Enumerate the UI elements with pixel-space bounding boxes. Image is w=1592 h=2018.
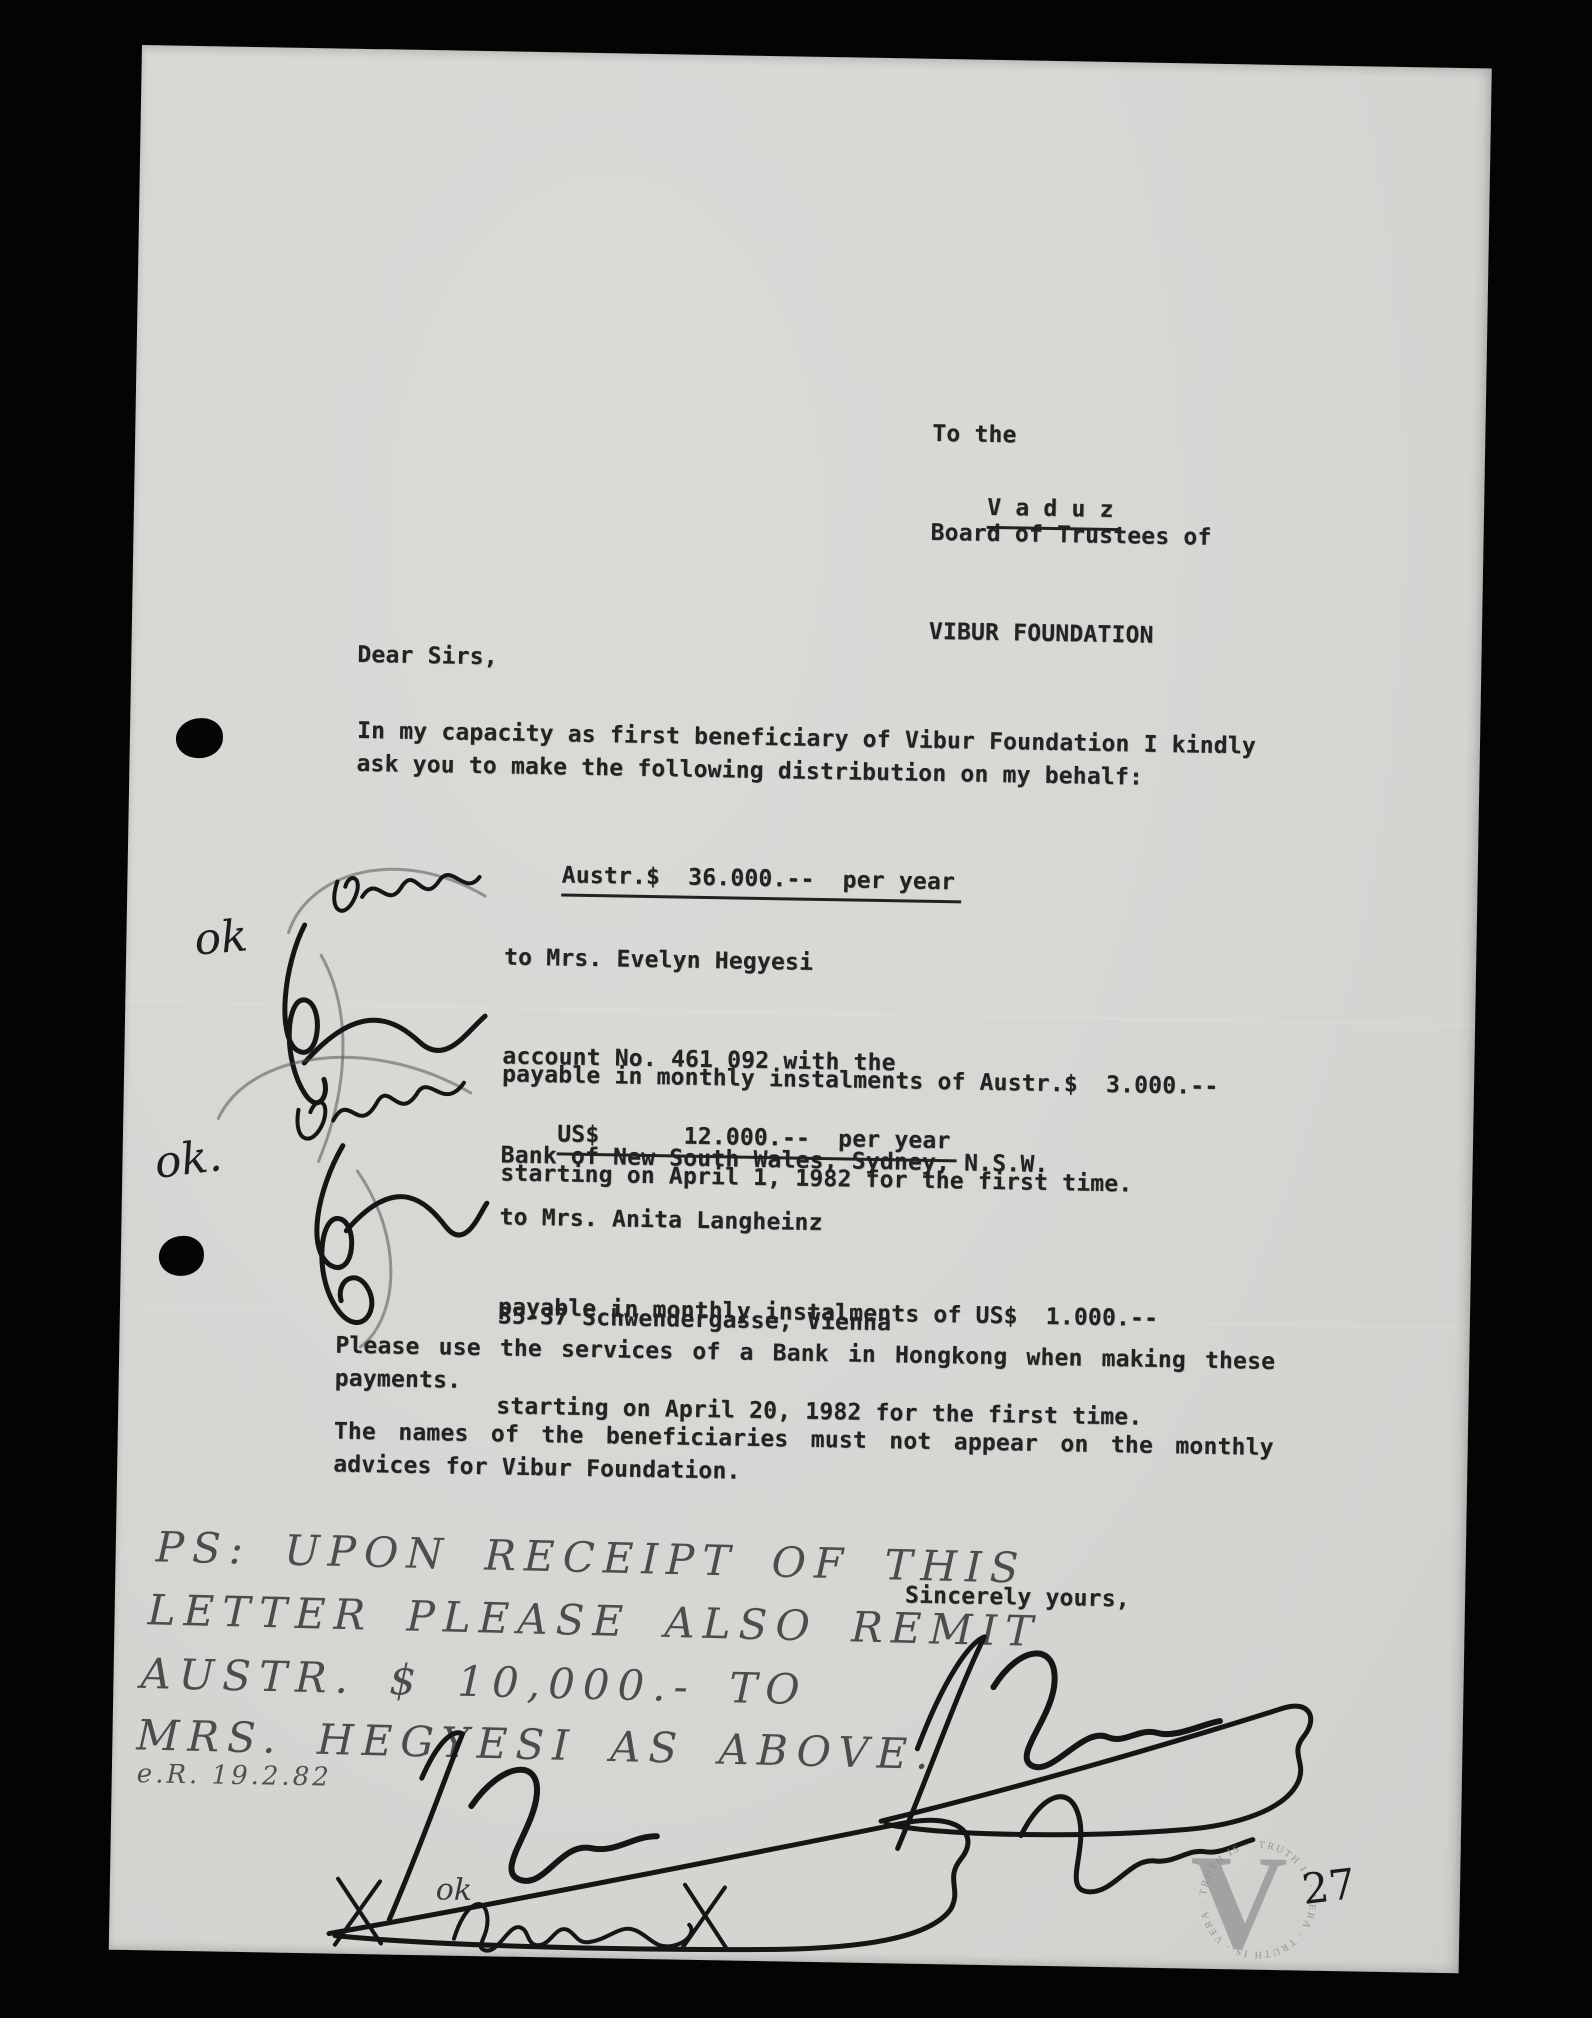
- place-line: V a d u z: [930, 458, 1120, 560]
- hole-punch-top: [176, 718, 224, 759]
- intro-paragraph: In my capacity as first beneficiary of V…: [356, 715, 1277, 797]
- letter-page: To the Board of Trustees of VIBUR FOUNDA…: [109, 45, 1492, 1973]
- place-text: V a d u z: [987, 495, 1120, 531]
- recipient-line-3: VIBUR FOUNDATION: [929, 616, 1210, 654]
- margin-signature-bottom: [144, 1045, 494, 1356]
- section2-terms-line: payable in monthly instalments of US$ 1.…: [498, 1291, 1159, 1336]
- ps-note-line-3: AUSTR. $ 10,000.- TO: [140, 1649, 808, 1714]
- salutation: Dear Sirs,: [357, 639, 498, 674]
- scanned-letter-page: { "letter": { "recipient": { "line1": "T…: [0, 0, 1592, 2018]
- section1-recipient-line: to Mrs. Evelyn Hegyesi: [504, 941, 1052, 984]
- recipient-line-1: To the: [932, 418, 1213, 456]
- page-number: 27: [1299, 1859, 1358, 1914]
- ps-note-line-1: PS: UPON RECEIPT OF THIS: [155, 1522, 1027, 1592]
- ok-small-note: ok: [436, 1872, 473, 1908]
- bottom-signature-cluster: [258, 1727, 1277, 2010]
